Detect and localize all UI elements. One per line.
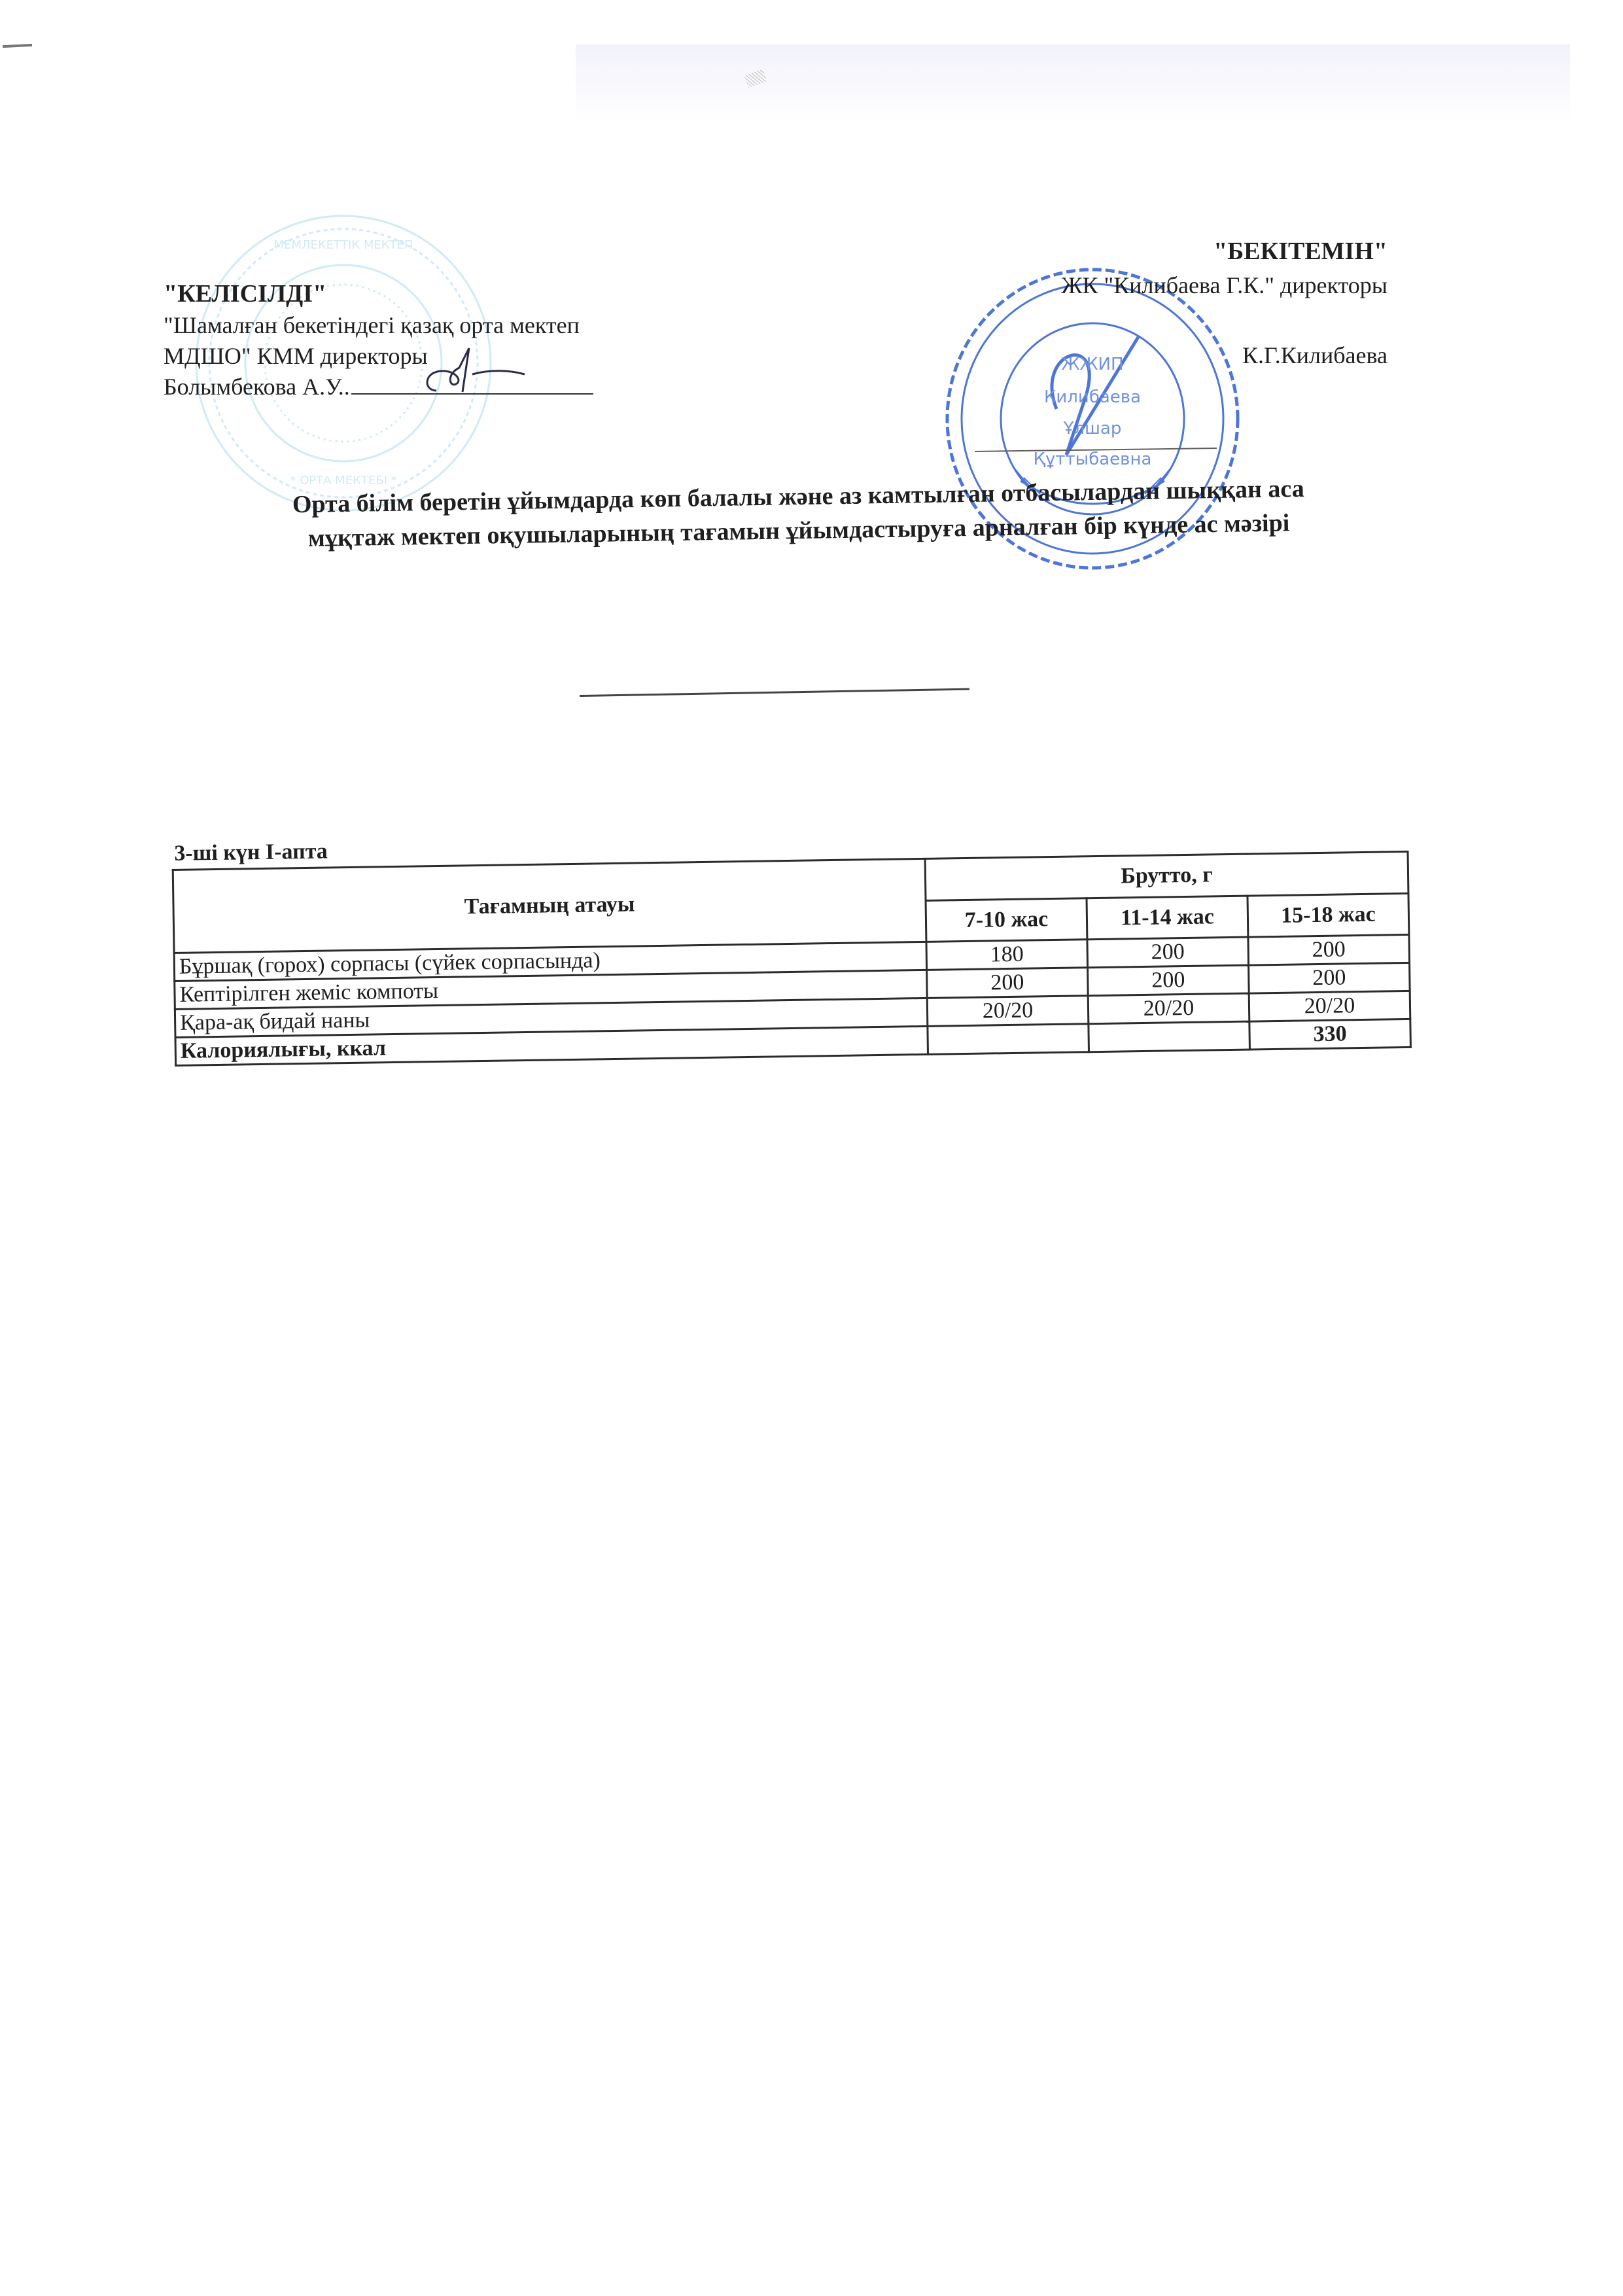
scan-mark: [3, 44, 32, 48]
svg-text:Құттыбаевна: Құттыбаевна: [1034, 450, 1152, 469]
column-header-age-7-10: 7-10 жас: [926, 898, 1087, 942]
signature-field: [351, 375, 593, 395]
approved-org-line: ЖК "Килибаева Г.К." директоры: [1061, 270, 1387, 301]
calorie-value: [1089, 1021, 1250, 1052]
calorie-value: [928, 1024, 1089, 1055]
agreed-signer-line: Болымбекова А.У..: [164, 372, 593, 402]
title-underline: [580, 688, 969, 697]
document-title: Орта білім беретін ұйымдарда көп балалы …: [177, 470, 1420, 558]
column-header-age-15-18: 15-18 жас: [1248, 893, 1409, 937]
gross-value: 20/20: [927, 996, 1089, 1027]
svg-text:МЕМЛЕКЕТТІК МЕКТЕП: МЕМЛЕКЕТТІК МЕКТЕП: [274, 238, 413, 252]
approval-block-approved: "БЕКІТЕМІН" ЖК "Килибаева Г.К." директор…: [1061, 236, 1387, 371]
gross-value: 200: [1249, 963, 1410, 993]
gross-value: 20/20: [1088, 993, 1249, 1024]
column-header-gross: Брутто, г: [925, 851, 1408, 900]
svg-text:* ОРТА МЕКТЕБІ *: * ОРТА МЕКТЕБІ *: [290, 474, 396, 487]
agreed-heading: "КЕЛІСІЛДІ": [164, 278, 593, 310]
gross-value: 200: [927, 968, 1089, 998]
column-header-age-11-14: 11-14 жас: [1087, 896, 1248, 940]
agreed-org-line1: "Шамалған бекетіндегі қазақ орта мектеп: [164, 310, 593, 341]
approval-block-agreed: "КЕЛІСІЛДІ" "Шамалған бекетіндегі қазақ …: [164, 278, 593, 402]
column-header-dish-name: Тағамның атауы: [173, 858, 926, 953]
agreed-signer-name: Болымбекова А.У..: [164, 374, 350, 400]
approved-signer-name: К.Г.Килибаева: [1061, 340, 1387, 371]
gross-value: 180: [926, 940, 1088, 970]
menu-section: 3-ші күн І-апта Тағамның атауы Брутто, г…: [171, 821, 1418, 1067]
signature-icon: [410, 345, 534, 397]
gross-value: 200: [1248, 934, 1410, 965]
svg-text:Ұлшар: Ұлшар: [1063, 419, 1122, 438]
svg-text:Килибаева: Килибаева: [1044, 387, 1141, 407]
gross-value: 200: [1088, 965, 1249, 996]
gross-value: 20/20: [1249, 991, 1410, 1021]
menu-table: Тағамның атауы Брутто, г 7-10 жас 11-14 …: [172, 851, 1412, 1067]
calorie-value: 330: [1249, 1019, 1411, 1050]
scan-shading: [576, 44, 1570, 123]
gross-value: 200: [1087, 937, 1249, 968]
approved-heading: "БЕКІТЕМІН": [1061, 236, 1387, 268]
